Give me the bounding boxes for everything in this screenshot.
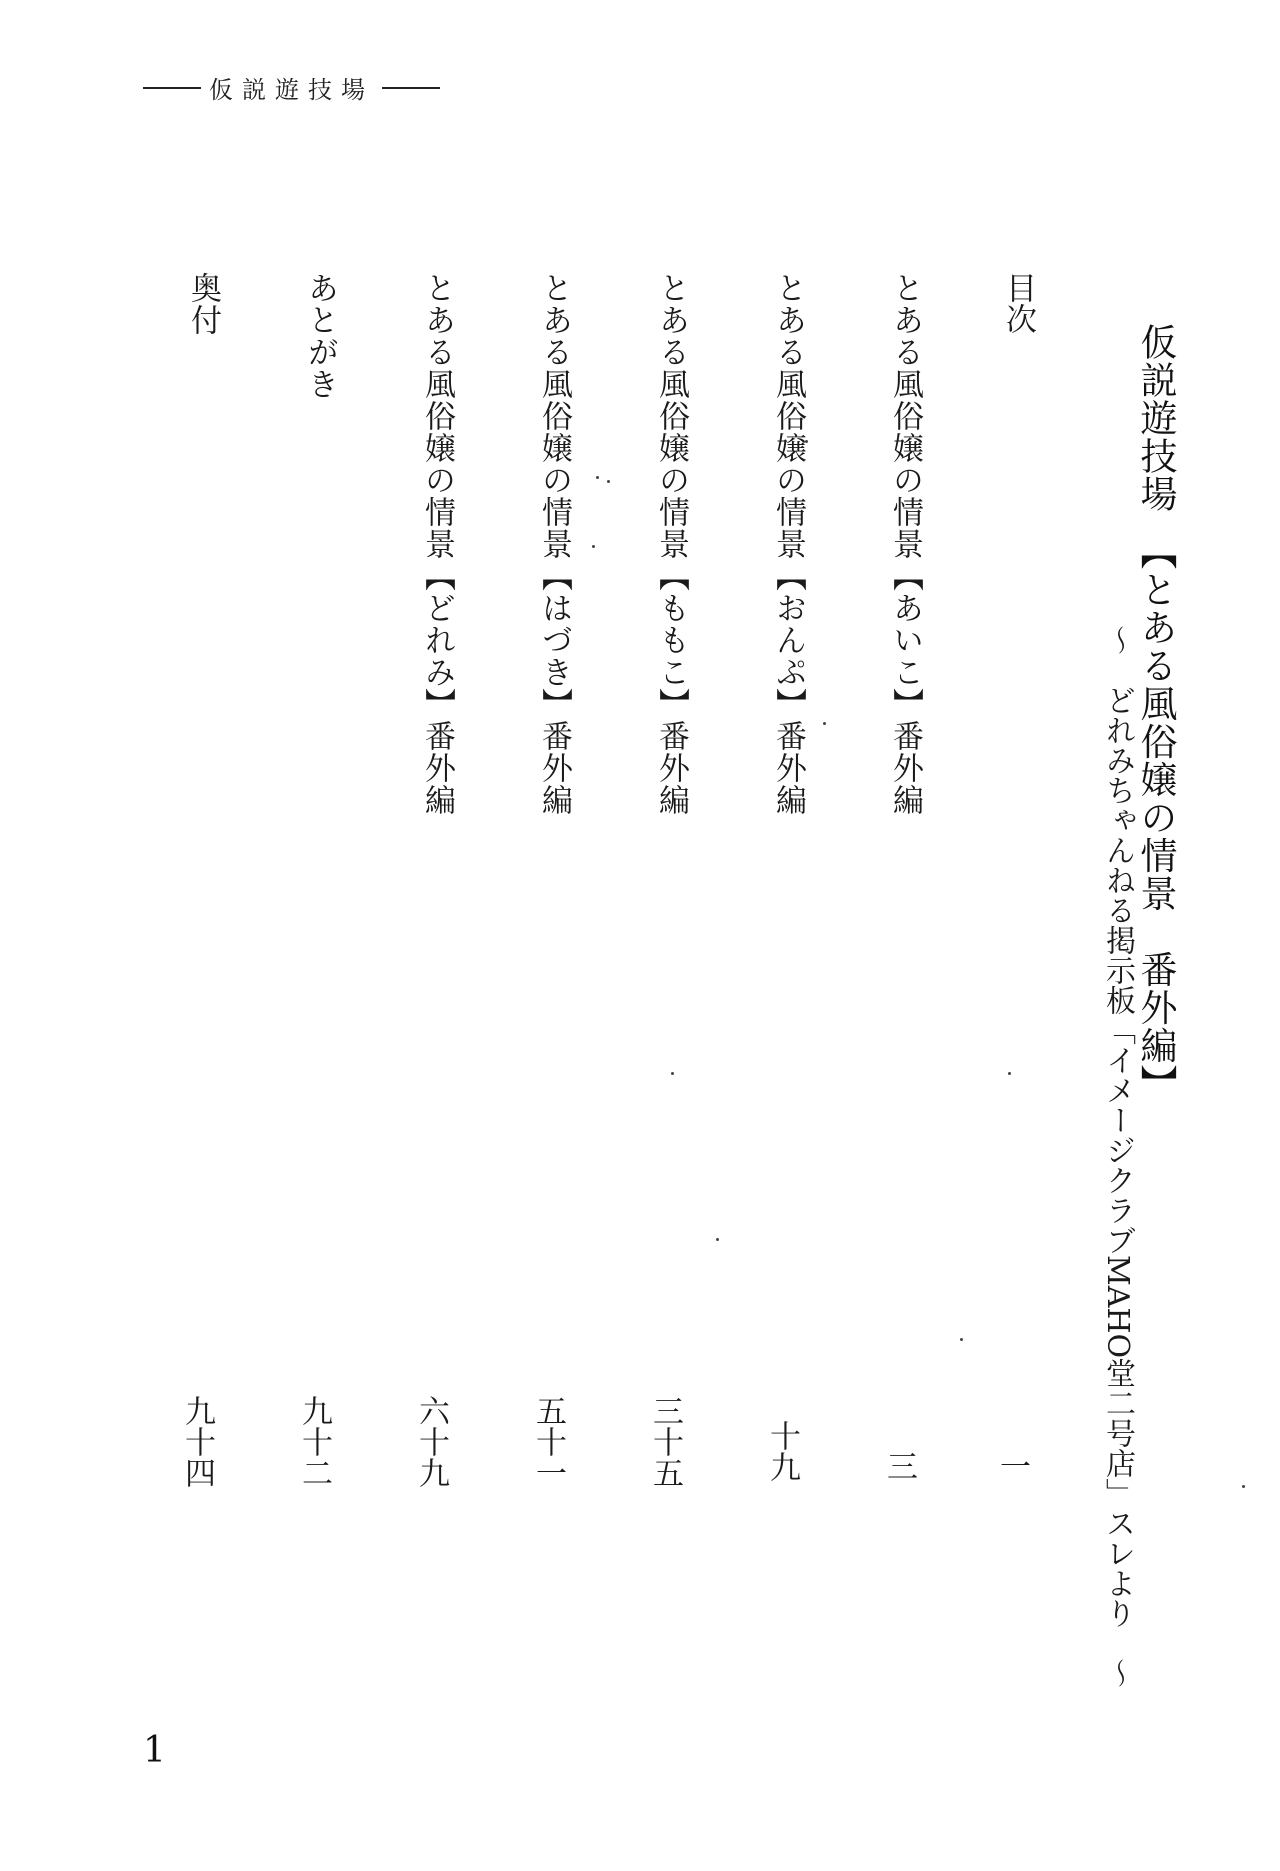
toc-entry-title[interactable]: あとがき <box>298 272 343 400</box>
toc-page-number: 六十九 <box>415 1395 446 1488</box>
toc-entry-title[interactable]: とある風俗嬢の情景【あいこ】番外編 <box>883 272 928 816</box>
scan-speck <box>1242 1485 1245 1488</box>
subtitle-pre: ～ どれみちゃんねる掲示板「イメージクラブ <box>1100 625 1135 1255</box>
toc-entry-title[interactable]: とある風俗嬢の情景【ももこ】番外編 <box>649 272 694 816</box>
scan-speck <box>596 476 599 479</box>
scan-speck <box>716 1238 719 1241</box>
toc-page-number: 九十四 <box>181 1395 212 1488</box>
scan-speck <box>607 480 610 483</box>
subtitle-latin: MAHO <box>1100 1255 1135 1358</box>
scan-speck <box>960 1338 963 1341</box>
book-subtitle: ～ どれみちゃんねる掲示板「イメージクラブMAHO堂二号店」スレより ～ <box>1095 625 1144 1688</box>
subtitle-post: 堂二号店」スレより ～ <box>1100 1358 1135 1688</box>
scan-speck <box>1008 1072 1011 1075</box>
toc-page-number: 五十一 <box>532 1395 563 1488</box>
toc-entry-title[interactable]: とある風俗嬢の情景【おんぷ】番外編 <box>766 272 811 816</box>
scan-speck <box>805 440 808 443</box>
toc-entry-title[interactable]: 奥付 <box>181 272 226 336</box>
rule-left <box>143 87 201 89</box>
running-head-text: 仮説遊技場 <box>209 70 374 105</box>
toc-page-number: 十九 <box>766 1420 797 1482</box>
running-head: 仮説遊技場 <box>135 70 448 105</box>
toc-entry-title[interactable]: とある風俗嬢の情景【どれみ】番外編 <box>415 272 460 816</box>
scan-speck <box>592 545 595 548</box>
toc-page-number: 三 <box>883 1450 914 1481</box>
toc-heading: 目次 <box>996 272 1041 334</box>
toc-page-number: 一 <box>996 1450 1027 1481</box>
scan-speck <box>671 1072 674 1075</box>
page-number: 1 <box>143 1730 166 1771</box>
rule-right <box>382 87 440 89</box>
toc-page-number: 三十五 <box>649 1395 680 1488</box>
toc-page-number: 九十二 <box>298 1395 329 1488</box>
toc-entry-title[interactable]: とある風俗嬢の情景【はづき】番外編 <box>532 272 577 816</box>
scan-speck <box>823 722 826 725</box>
